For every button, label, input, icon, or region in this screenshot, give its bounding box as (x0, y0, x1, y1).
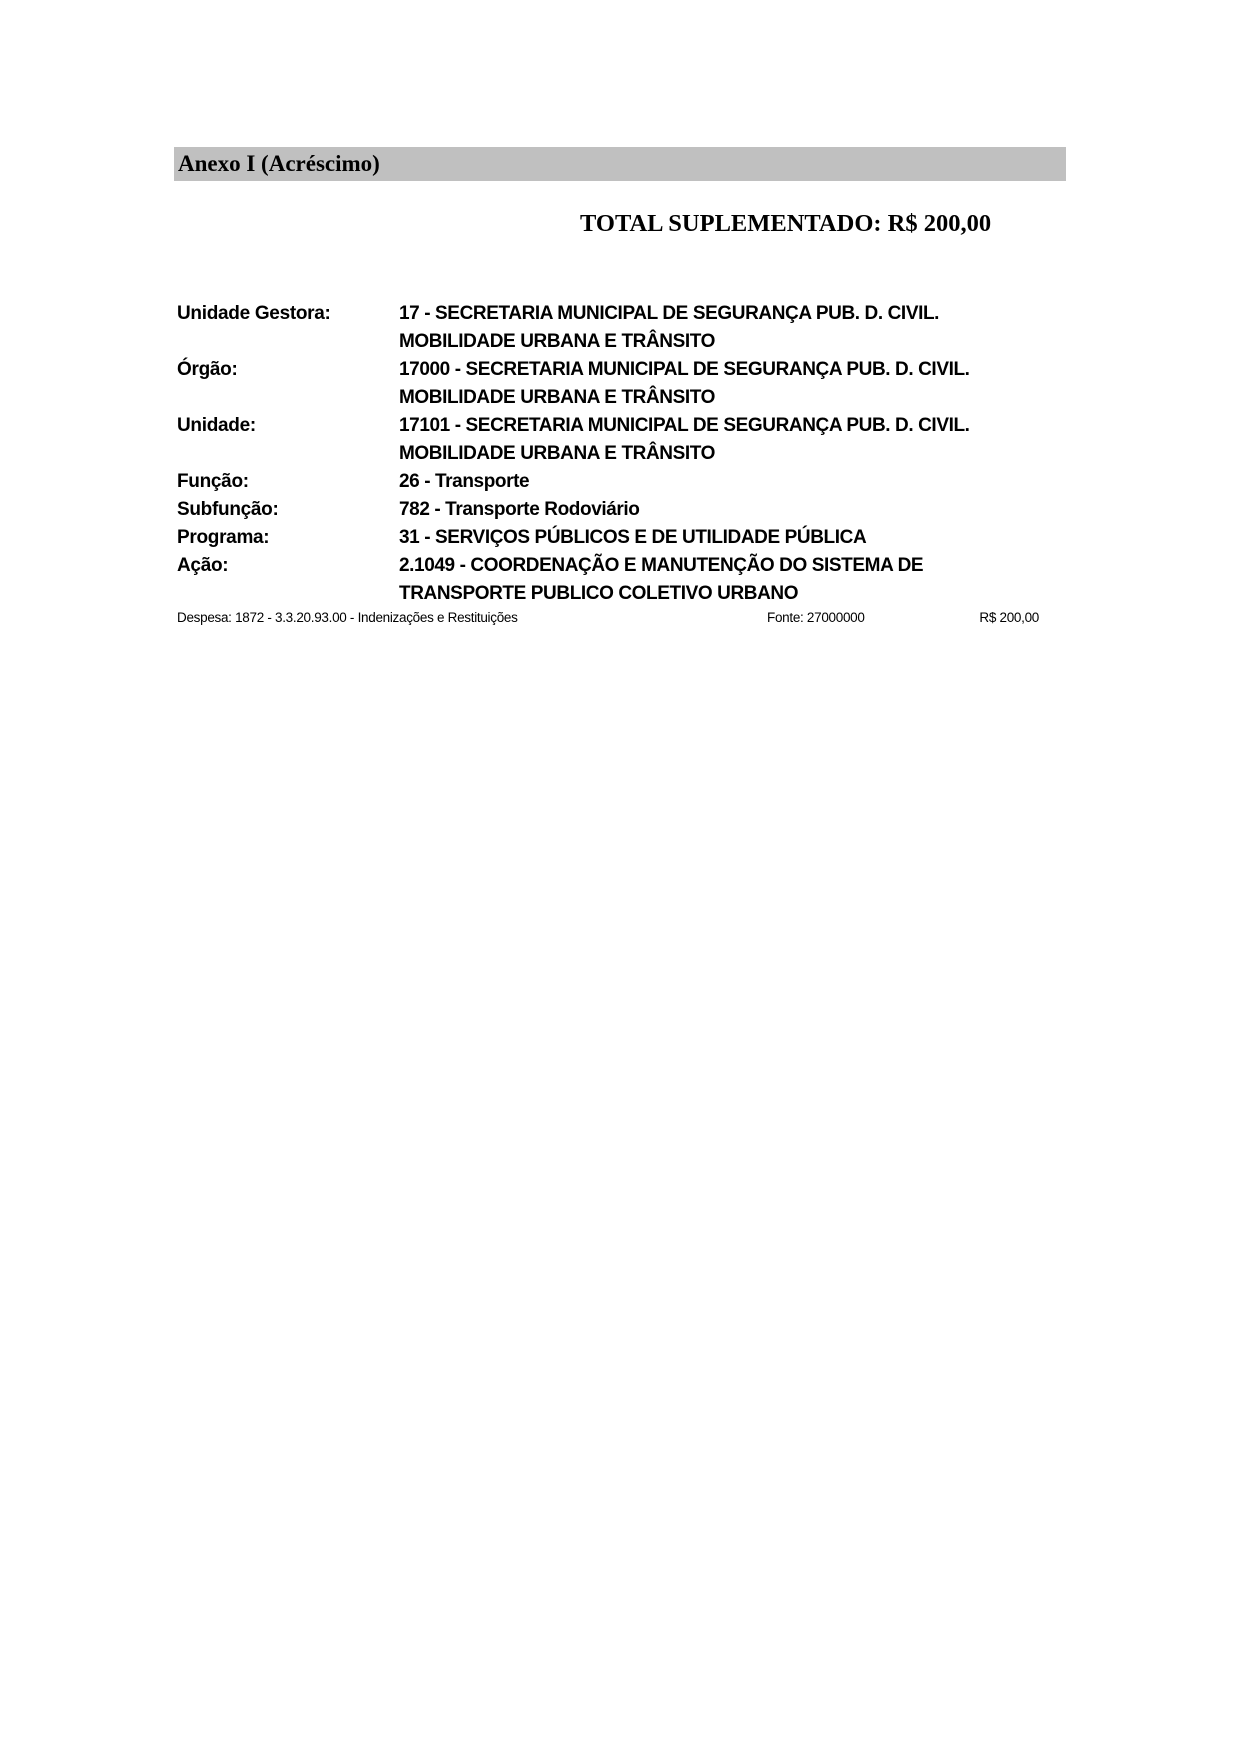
detail-row-funcao: Função: 26 - Transporte (177, 468, 1057, 496)
expense-fonte: Fonte: 27000000 (767, 608, 865, 628)
expense-description: Despesa: 1872 - 3.3.20.93.00 - Indenizaç… (177, 608, 518, 628)
detail-value-line: 26 - Transporte (399, 468, 1057, 496)
detail-value-line: MOBILIDADE URBANA E TRÂNSITO (399, 440, 1057, 468)
detail-value-line: MOBILIDADE URBANA E TRÂNSITO (399, 384, 1057, 412)
detail-label: Órgão: (177, 356, 399, 412)
detail-value: 17101 - SECRETARIA MUNICIPAL DE SEGURANÇ… (399, 412, 1057, 468)
total-supplemented: TOTAL SUPLEMENTADO: R$ 200,00 (580, 208, 991, 240)
budget-details-table: Unidade Gestora: 17 - SECRETARIA MUNICIP… (177, 300, 1057, 608)
detail-row-unidade: Unidade: 17101 - SECRETARIA MUNICIPAL DE… (177, 412, 1057, 468)
detail-value: 31 - SERVIÇOS PÚBLICOS E DE UTILIDADE PÚ… (399, 524, 1057, 552)
detail-value-line: MOBILIDADE URBANA E TRÂNSITO (399, 328, 1057, 356)
detail-label: Unidade: (177, 412, 399, 468)
expense-value: R$ 200,00 (979, 608, 1039, 628)
detail-label: Função: (177, 468, 399, 496)
detail-label: Subfunção: (177, 496, 399, 524)
detail-label: Ação: (177, 552, 399, 608)
detail-value: 26 - Transporte (399, 468, 1057, 496)
detail-label: Programa: (177, 524, 399, 552)
detail-value-line: 2.1049 - COORDENAÇÃO E MANUTENÇÃO DO SIS… (399, 552, 1057, 580)
detail-value-line: 782 - Transporte Rodoviário (399, 496, 1057, 524)
detail-value: 17000 - SECRETARIA MUNICIPAL DE SEGURANÇ… (399, 356, 1057, 412)
detail-value: 2.1049 - COORDENAÇÃO E MANUTENÇÃO DO SIS… (399, 552, 1057, 608)
detail-row-orgao: Órgão: 17000 - SECRETARIA MUNICIPAL DE S… (177, 356, 1057, 412)
annex-header-bar: Anexo I (Acréscimo) (174, 147, 1066, 181)
detail-value-line: 17 - SECRETARIA MUNICIPAL DE SEGURANÇA P… (399, 300, 1057, 328)
detail-value: 782 - Transporte Rodoviário (399, 496, 1057, 524)
detail-row-subfuncao: Subfunção: 782 - Transporte Rodoviário (177, 496, 1057, 524)
detail-value-line: 17101 - SECRETARIA MUNICIPAL DE SEGURANÇ… (399, 412, 1057, 440)
detail-value-line: 31 - SERVIÇOS PÚBLICOS E DE UTILIDADE PÚ… (399, 524, 1057, 552)
detail-row-unidade-gestora: Unidade Gestora: 17 - SECRETARIA MUNICIP… (177, 300, 1057, 356)
annex-title: Anexo I (Acréscimo) (178, 149, 380, 179)
detail-row-acao: Ação: 2.1049 - COORDENAÇÃO E MANUTENÇÃO … (177, 552, 1057, 608)
expense-row: Despesa: 1872 - 3.3.20.93.00 - Indenizaç… (177, 608, 1039, 628)
detail-value-line: 17000 - SECRETARIA MUNICIPAL DE SEGURANÇ… (399, 356, 1057, 384)
detail-value: 17 - SECRETARIA MUNICIPAL DE SEGURANÇA P… (399, 300, 1057, 356)
detail-row-programa: Programa: 31 - SERVIÇOS PÚBLICOS E DE UT… (177, 524, 1057, 552)
detail-value-line: TRANSPORTE PUBLICO COLETIVO URBANO (399, 580, 1057, 608)
detail-label: Unidade Gestora: (177, 300, 399, 356)
